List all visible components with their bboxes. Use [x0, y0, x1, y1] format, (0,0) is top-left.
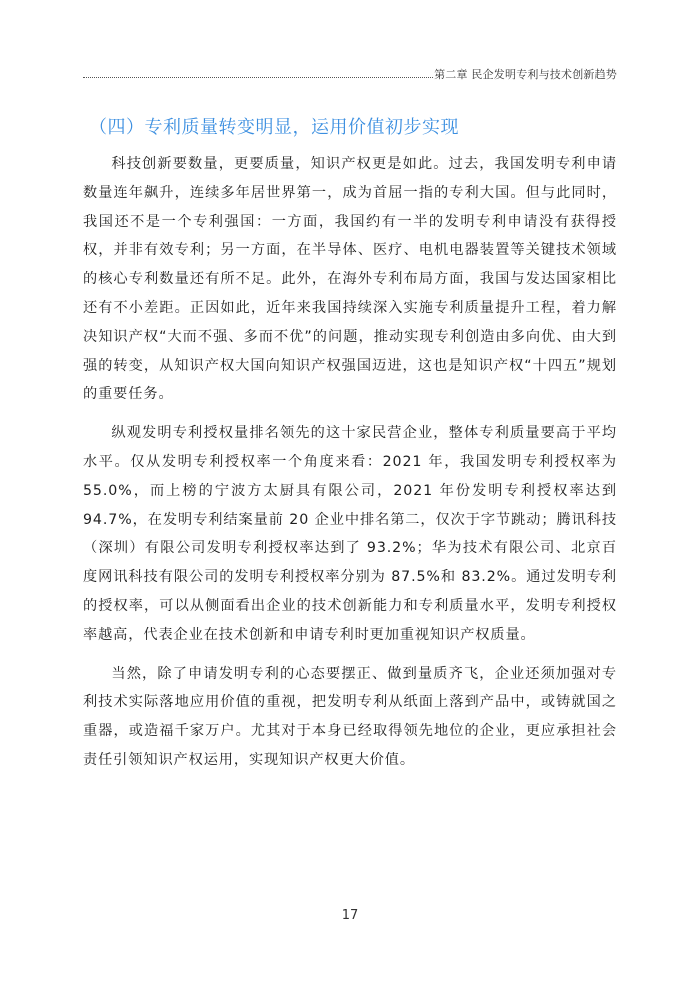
paragraph-patent-quality: 科技创新要数量，更要质量，知识产权更是如此。过去，我国发明专利申请数量连年飙升，…: [83, 150, 617, 409]
paragraph-application-value: 当然，除了申请发明专利的心态要摆正、做到量质齐飞，企业还须加强对专利技术实际落地…: [83, 660, 617, 775]
body-text: 科技创新要数量，更要质量，知识产权更是如此。过去，我国发明专利申请数量连年飙升，…: [83, 150, 617, 785]
header-dotted-leader: [83, 77, 433, 78]
paragraph-grant-rate: 纵观发明专利授权量排名领先的这十家民营企业，整体专利质量要高于平均水平。仅从发明…: [83, 419, 617, 649]
page-number: 17: [0, 908, 700, 923]
chapter-title: 第二章 民企发明专利与技术创新趋势: [434, 66, 617, 82]
running-header: 第二章 民企发明专利与技术创新趋势: [83, 66, 617, 82]
section-heading: （四）专利质量转变明显，运用价值初步实现: [89, 113, 459, 139]
